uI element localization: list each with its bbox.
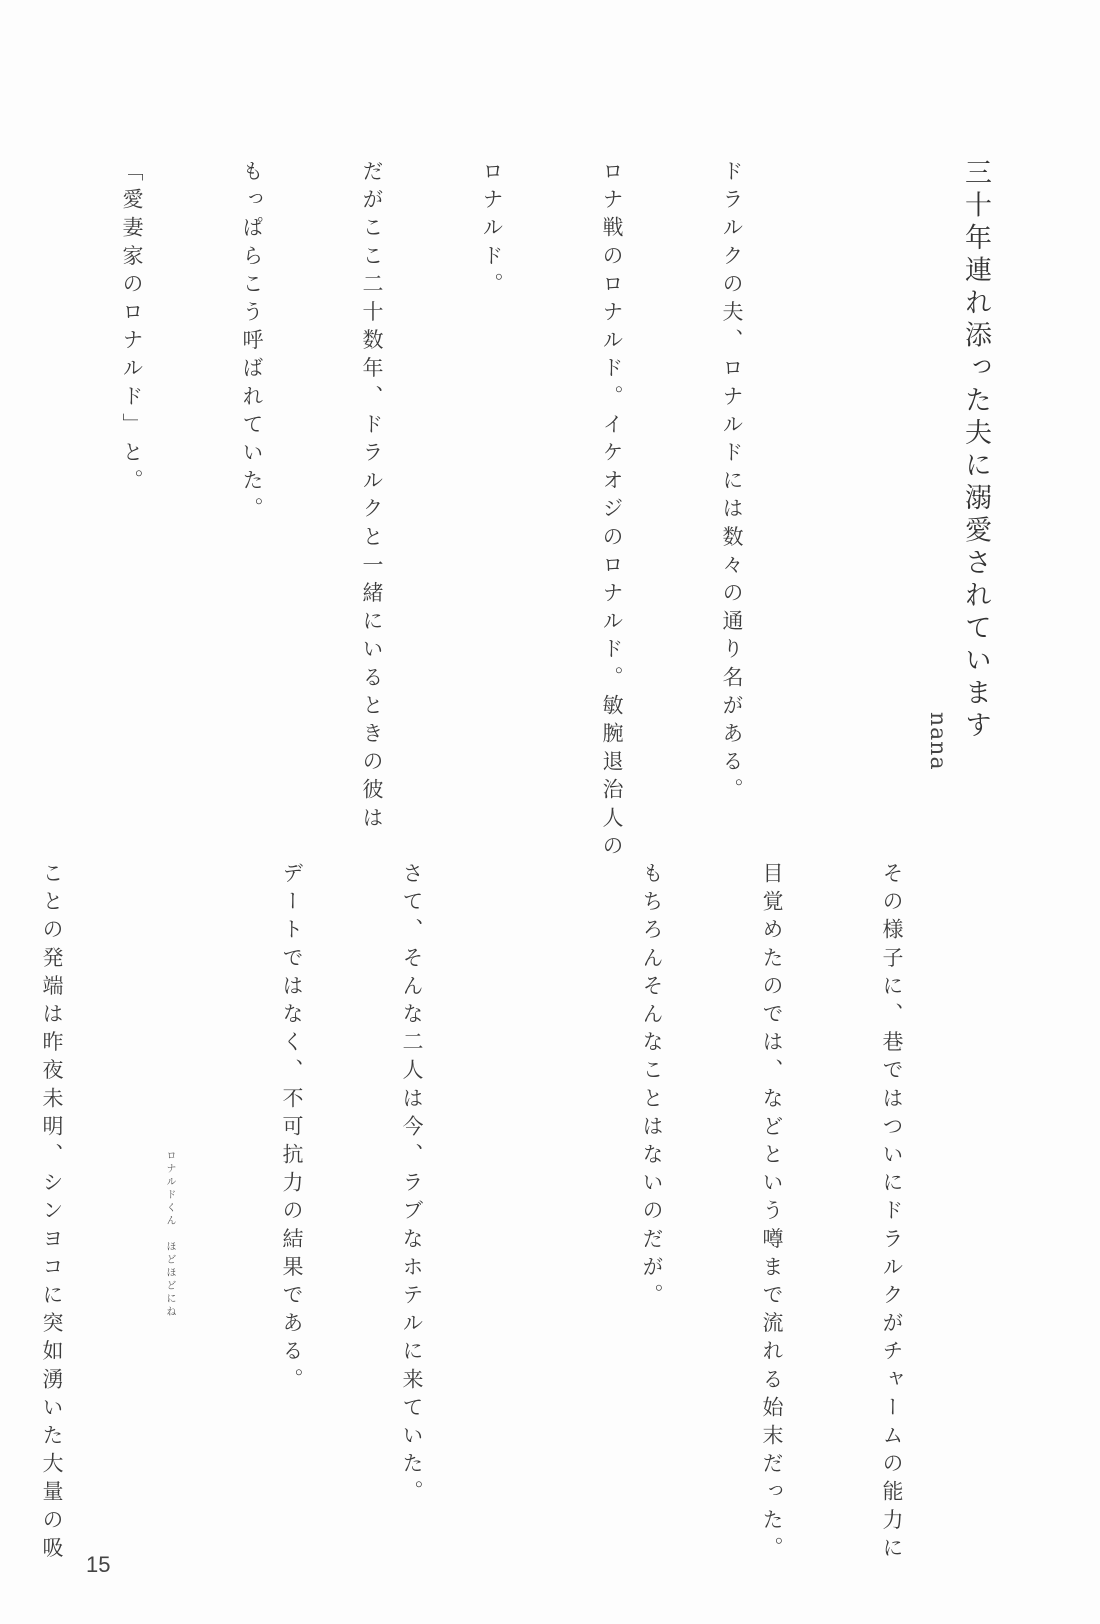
- story-title: 三十年連れ添った夫に溺愛されています: [956, 158, 995, 743]
- ruby-annotation: ロナルドくん ほどほどにね: [162, 1150, 177, 1319]
- blank-column: [512, 862, 552, 1492]
- text-column: もっぱらこう呼ばれていた。: [232, 160, 272, 790]
- upper-text-block: ドラルクの夫、ロナルドには数々の通り名がある。 ロナ戦のロナルド。イケオジのロナ…: [0, 160, 832, 790]
- text-column: さて、そんな二人は今、ラブなホテルに来ていた。: [392, 862, 432, 1492]
- text-column: だがここ二十数年、ドラルクと一緒にいるときの彼は: [352, 160, 392, 790]
- lower-text-block: その様子に、巷ではついにドラルクがチャームの能力に 目覚めたのでは、などという噂…: [0, 862, 992, 1492]
- author-name: nana: [925, 712, 950, 771]
- page-number: 15: [86, 1552, 110, 1578]
- text-column: その様子に、巷ではついにドラルクがチャームの能力に: [872, 862, 912, 1492]
- text-column: ことの発端は昨夜未明、シンヨコに突如湧いた大量の吸: [32, 862, 72, 1492]
- text-column: もちろんそんなことはないのだが。: [632, 862, 672, 1492]
- book-page: 三十年連れ添った夫に溺愛されています nana ドラルクの夫、ロナルドには数々の…: [0, 0, 1100, 1624]
- text-column: ドラルクの夫、ロナルドには数々の通り名がある。: [712, 160, 752, 790]
- text-column: デートではなく、不可抗力の結果である。: [272, 862, 312, 1492]
- text-column: 目覚めたのでは、などという噂まで流れる始末だった。: [752, 862, 792, 1492]
- blank-column: [0, 160, 32, 790]
- text-column: ロナルド。: [472, 160, 512, 790]
- text-column: ロナ戦のロナルド。イケオジのロナルド。敏腕退治人の: [592, 160, 632, 790]
- text-column: 「愛妻家のロナルド」と。: [112, 160, 152, 790]
